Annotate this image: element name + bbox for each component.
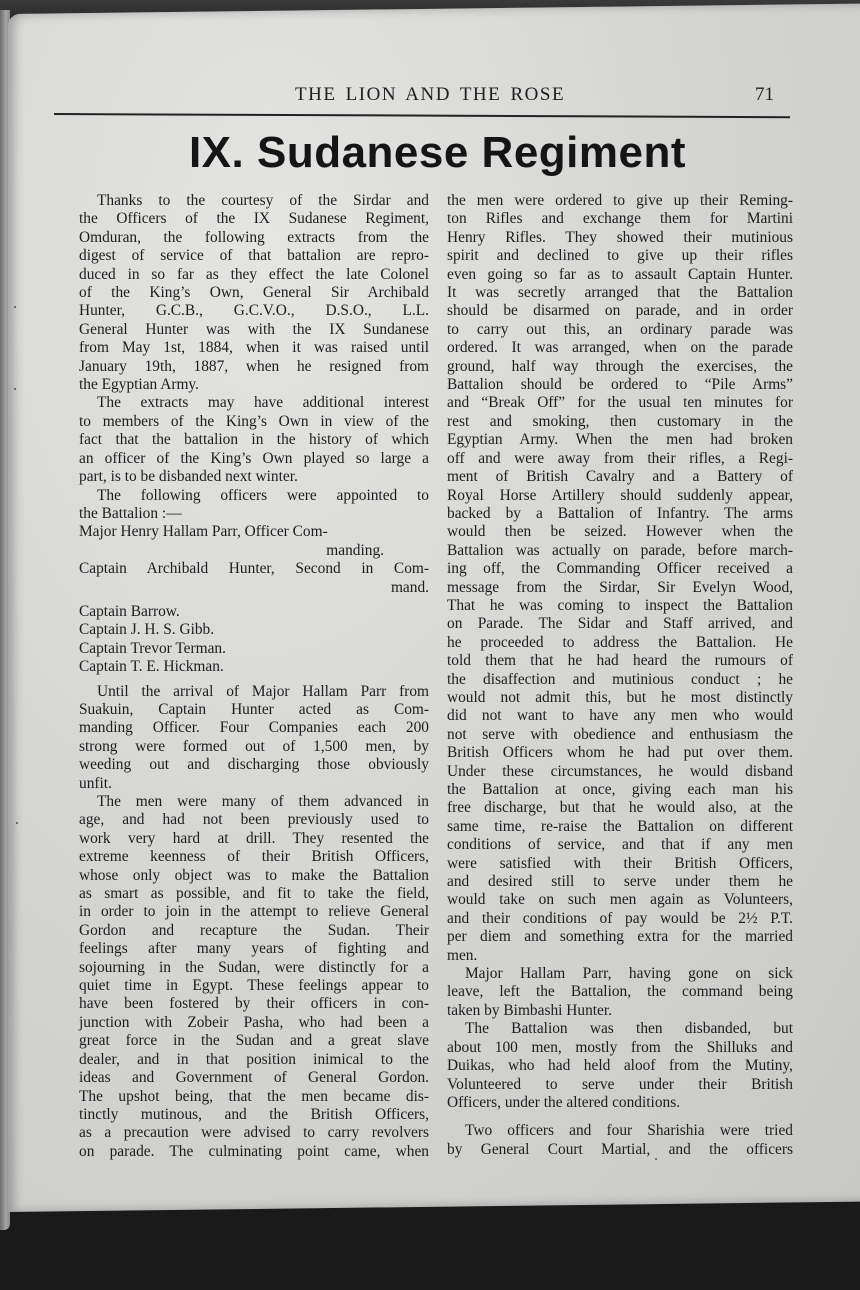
- page-number: 71: [755, 84, 774, 106]
- text-line: part, is to be disbanded next winter.: [79, 468, 429, 486]
- text-line: same time, re-raise the Battalion on dif…: [447, 818, 793, 836]
- text-line: Suakuin, Captain Hunter acted as Com-: [79, 701, 429, 719]
- officer-entry: Captain J. H. S. Gibb.: [79, 621, 429, 639]
- text-line: The Battalion was then disbanded, but: [447, 1020, 793, 1038]
- left-column: Thanks to the courtesy of the Sirdar and…: [79, 192, 429, 1161]
- text-line: ordered. It was arranged, when on the pa…: [447, 339, 793, 357]
- text-line: age, and had not been previously used to: [79, 811, 429, 829]
- running-head: THE LION AND THE ROSE 71: [50, 82, 790, 112]
- text-line: Under these circumstances, he would disb…: [447, 763, 793, 781]
- text-line: were satisfied with their British Office…: [447, 855, 793, 873]
- text-line: told them that he had heard the rumours …: [447, 652, 793, 670]
- text-line: on parade. The culminating point came, w…: [79, 1143, 429, 1161]
- text-line: Henry Rifles. They showed their mutiniou…: [447, 229, 793, 247]
- text-line: Two officers and four Sharishia were tri…: [447, 1122, 793, 1140]
- text-line: Battalion was actually on parade, before…: [447, 542, 793, 560]
- text-line: by General Court Martial, and the office…: [447, 1141, 793, 1159]
- text-line: That he was coming to inspect the Battal…: [447, 597, 793, 615]
- text-line: even going so far as to assault Captain …: [447, 266, 793, 284]
- text-line: Omduran, the following extracts from the: [79, 229, 429, 247]
- text-line: dealer, and in that position inimical to…: [79, 1051, 429, 1069]
- text-line: whose only object was to make the Battal…: [79, 867, 429, 885]
- text-line: on Parade. The Sidar and Staff arrived, …: [447, 615, 793, 633]
- article-title: IX. Sudanese Regiment: [0, 128, 860, 178]
- officer-entry: Major Henry Hallam Parr, Officer Com-: [79, 523, 429, 541]
- officer-entry: Captain T. E. Hickman.: [79, 658, 429, 676]
- text-line: extreme keenness of their British Office…: [79, 848, 429, 866]
- text-line: the men were ordered to give up their Re…: [447, 192, 793, 210]
- text-line: would not admit this, but he most distin…: [447, 689, 793, 707]
- text-line: British Officers whom he had put over th…: [447, 744, 793, 762]
- text-line: the Egyptian Army.: [79, 376, 429, 394]
- paper-speck: [16, 822, 18, 824]
- text-line: Volunteered to serve under their British: [447, 1076, 793, 1094]
- text-line: off and were away from their rifles, a R…: [447, 450, 793, 468]
- text-line: did not want to have any men who would: [447, 707, 793, 725]
- text-line: to carry out this, an ordinary parade wa…: [447, 321, 793, 339]
- text-line: conditions of service, and that if any m…: [447, 836, 793, 854]
- text-line: and desired still to serve under them he: [447, 873, 793, 891]
- text-line: ground, half way through the exercises, …: [447, 358, 793, 376]
- header-rule: [54, 113, 790, 118]
- text-line: The extracts may have additional interes…: [79, 394, 429, 412]
- text-line: It was secretly arranged that the Battal…: [447, 284, 793, 302]
- text-line: spirit and declined to give up their rif…: [447, 247, 793, 265]
- text-line: ing off, the Commanding Officer received…: [447, 560, 793, 578]
- text-line: manding Officer. Four Companies each 200: [79, 719, 429, 737]
- text-line: backed by a Battalion of Infantry. The a…: [447, 505, 793, 523]
- text-line: ton Rifles and exchange them for Martini: [447, 210, 793, 228]
- text-line: an officer of the King’s Own played so l…: [79, 450, 429, 468]
- text-line: fact that the battalion in the history o…: [79, 431, 429, 449]
- running-title: THE LION AND THE ROSE: [295, 84, 565, 106]
- text-line: Egyptian Army. When the men had broken: [447, 431, 793, 449]
- text-line: The men were many of them advanced in: [79, 793, 429, 811]
- text-line: Battalion should be ordered to “Pile Arm…: [447, 376, 793, 394]
- right-column: the men were ordered to give up their Re…: [447, 192, 793, 1159]
- text-line: the disaffection and mutinious conduct ;…: [447, 671, 793, 689]
- text-line: as a precaution were advised to carry re…: [79, 1124, 429, 1142]
- text-line: leave, left the Battalion, the command b…: [447, 983, 793, 1001]
- text-line: quiet time in Egypt. These feelings appe…: [79, 977, 429, 995]
- text-line: the Battalion :—: [79, 505, 429, 523]
- officer-entry: Captain Archibald Hunter, Second in Com-: [79, 560, 429, 578]
- text-line: from May 1st, 1884, when it was raised u…: [79, 339, 429, 357]
- paper-speck: [14, 388, 16, 390]
- text-line: should be disarmed on parade, and in ord…: [447, 302, 793, 320]
- text-line: feelings after many years of fighting an…: [79, 940, 429, 958]
- text-line: ideas and Government of General Gordon.: [79, 1069, 429, 1087]
- text-line: would take on such men again as Voluntee…: [447, 891, 793, 909]
- text-line: digest of service of that battalion are …: [79, 247, 429, 265]
- text-line: Hunter, G.C.B., G.C.V.O., D.S.O., L.L.: [79, 302, 429, 320]
- text-line: free discharge, but that he would also, …: [447, 799, 793, 817]
- text-line: unfit.: [79, 775, 429, 793]
- text-line: per diem and something extra for the mar…: [447, 928, 793, 946]
- text-line: ment of British Cavalry and a Battery of: [447, 468, 793, 486]
- text-line: to members of the King’s Own in view of …: [79, 413, 429, 431]
- text-line: Major Hallam Parr, having gone on sick: [447, 965, 793, 983]
- paper-speck: [14, 306, 16, 308]
- officer-entry: Captain Barrow.: [79, 603, 429, 621]
- text-line: have been fostered by their officers in …: [79, 995, 429, 1013]
- text-line: Gordon and recapture the Sudan. Their: [79, 922, 429, 940]
- text-line: Royal Horse Artillery should suddenly ap…: [447, 487, 793, 505]
- text-line: Officers, under the altered conditions.: [447, 1094, 793, 1112]
- text-line: duced in so far as they effect the late …: [79, 266, 429, 284]
- text-line: General Hunter was with the IX Sundanese: [79, 321, 429, 339]
- text-line: Until the arrival of Major Hallam Parr f…: [79, 683, 429, 701]
- text-line: in order to join in the attempt to relie…: [79, 903, 429, 921]
- text-line: men.: [447, 947, 793, 965]
- text-line: Duikas, who had held aloof from the Muti…: [447, 1057, 793, 1075]
- text-line: junction with Zobeir Pasha, who had been…: [79, 1014, 429, 1032]
- text-line: as smart as possible, and fit to take th…: [79, 885, 429, 903]
- paper-speck: [655, 1158, 657, 1160]
- text-line: January 19th, 1887, when he resigned fro…: [79, 358, 429, 376]
- text-line: and their conditions of pay would be 2½ …: [447, 910, 793, 928]
- page-content: THE LION AND THE ROSE 71 IX. Sudanese Re…: [0, 0, 860, 1290]
- officer-entry-continuation: mand.: [79, 579, 429, 597]
- text-line: the Officers of the IX Sudanese Regiment…: [79, 210, 429, 228]
- text-line: The upshot being, that the men became di…: [79, 1088, 429, 1106]
- text-line: he proceeded to address the Battalion. H…: [447, 634, 793, 652]
- text-line: weeding out and discharging those obviou…: [79, 756, 429, 774]
- text-line: and “Break Off” for the usual ten minute…: [447, 394, 793, 412]
- text-line: of the King’s Own, General Sir Archibald: [79, 284, 429, 302]
- text-line: the Battalion at once, giving each man h…: [447, 781, 793, 799]
- text-line: not serve with obedience and enthusiasm …: [447, 726, 793, 744]
- text-line: about 100 men, mostly from the Shilluks …: [447, 1039, 793, 1057]
- officer-entry-continuation: manding.: [79, 542, 429, 560]
- text-line: work very hard at drill. They resented t…: [79, 830, 429, 848]
- text-line: rest and smoking, then customary in the: [447, 413, 793, 431]
- text-line: strong were formed out of 1,500 men, by: [79, 738, 429, 756]
- text-line: taken by Bimbashi Hunter.: [447, 1002, 793, 1020]
- text-line: Thanks to the courtesy of the Sirdar and: [79, 192, 429, 210]
- officer-entry: Captain Trevor Terman.: [79, 640, 429, 658]
- text-line: tinctly mutinous, and the British Office…: [79, 1106, 429, 1124]
- text-line: sojourning in the Sudan, were distinctly…: [79, 959, 429, 977]
- text-line: would then be seized. However when the: [447, 523, 793, 541]
- text-line: message from the Sirdar, Sir Evelyn Wood…: [447, 579, 793, 597]
- text-line: great force in the Sudan and a great sla…: [79, 1032, 429, 1050]
- text-line: The following officers were appointed to: [79, 487, 429, 505]
